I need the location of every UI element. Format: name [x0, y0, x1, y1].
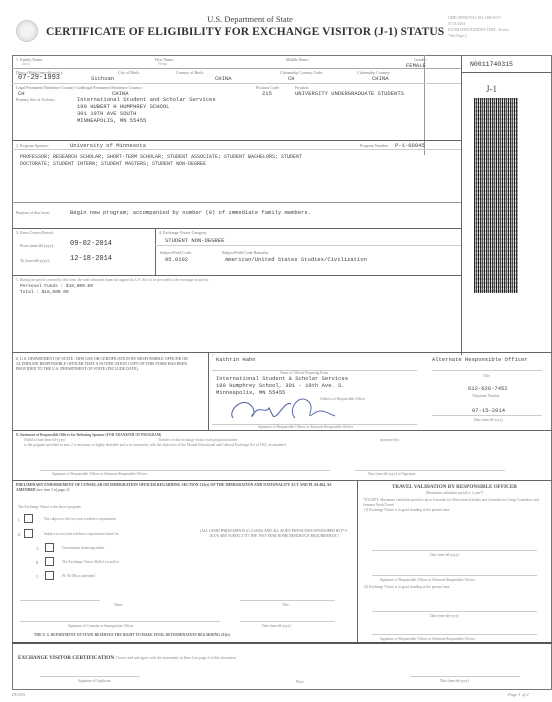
travel-item-2: (2) Exchange Visitor is in good standing…	[364, 585, 450, 589]
program-number-label: Program Number:	[360, 143, 389, 148]
department-name: U.S. Department of State	[0, 14, 500, 24]
consular-signature-label: Signature of Consular or Immigration Off…	[68, 624, 134, 628]
travel-date-1-label: Date (mm-dd-yyyy)	[430, 553, 459, 557]
checkbox-pl-94-484[interactable]	[45, 571, 54, 580]
phone-label: Telephone Number	[472, 394, 500, 398]
travel-date-2-label: Date (mm-dd-yyyy)	[430, 614, 459, 618]
field-remarks-value: American/United States Studies/Civilizat…	[225, 256, 367, 263]
endorsement-intro: The Exchange Visitor is the above progra…	[18, 505, 81, 509]
from-label: From (mm-dd-yyyy):	[20, 243, 54, 248]
certification-title: EXCHANGE VISITOR CERTIFICATION	[18, 655, 114, 661]
checkbox-government-financing[interactable]	[45, 543, 54, 552]
site-line: 301 19TH AVE SOUTH	[77, 110, 216, 117]
site-line: 190 HUBERT H HUMPHREY SCHOOL	[77, 103, 216, 110]
endorsement-title: PRELIMINARY ENDORSEMENT OF CONSULAR OR I…	[16, 483, 346, 493]
name-label: Name	[114, 603, 123, 607]
city-of-birth-label: City of Birth:	[118, 70, 140, 75]
visa-type: J-1	[486, 84, 497, 94]
sub-option-number: B.	[36, 561, 39, 565]
checkbox-not-subject[interactable]	[24, 514, 33, 523]
city-of-birth-value: Sichuan	[91, 75, 114, 82]
sub-option-number: A.	[36, 547, 40, 551]
skills-list-label: The Exchange Visitor Skills List and/or	[62, 560, 119, 564]
section8-date-label: Date (mm-dd-yyyy) of Signature	[368, 472, 415, 476]
from-date: 09-02-2014	[70, 240, 112, 248]
travel-validation-subtitle: (Maximum validation period is 1 year*)	[357, 491, 552, 495]
citizenship-country-value: CHINA	[372, 75, 389, 82]
official-title: Alternate Responsible Officer	[432, 356, 542, 363]
section8-title: 8. Statement of Responsible Officer for …	[16, 433, 161, 437]
form-title: CERTIFICATE OF ELIGIBILITY FOR EXCHANGE …	[46, 26, 444, 38]
sponsor-value: University of Minnesota	[70, 142, 146, 149]
official-name: Kathrin Hahn	[216, 356, 256, 363]
option-number: I.	[18, 518, 20, 522]
pl-94-484-label: PL 94-484 as amended	[62, 574, 95, 578]
government-financing-label: Government financing and/or	[62, 546, 105, 550]
lpr-code-value: CH	[18, 90, 25, 97]
usaid-note: (ALL USAID PARTICIPANTS (G-2-0026) AND A…	[200, 529, 348, 539]
position-code-value: 215	[262, 90, 272, 97]
family-name-value: Zhou	[22, 62, 30, 66]
position-value: UNIVERSITY UNDERGRADUATE STUDENTS	[295, 90, 404, 97]
travel-signature-2-label: Signature of Responsible Officer or Alte…	[380, 637, 475, 641]
applicant-signature-label: Signature of Applicant	[78, 679, 111, 683]
first-name-value: Wenqi	[158, 62, 167, 66]
sevis-id: N0011740315	[470, 61, 513, 68]
officer-signature	[225, 390, 345, 424]
site-line: MINNEAPOLIS, MN 55455	[77, 117, 216, 124]
financial-support-label: 5. During the period covered by this for…	[16, 278, 209, 282]
transfer-statement: to the program specified in item 2 is ne…	[24, 443, 286, 447]
place-label: Place	[296, 680, 304, 684]
primary-site-label: Primary Site of Activity:	[16, 97, 55, 102]
category-line: PROFESSOR; RESEARCH SCHOLAR; SHORT-TERM …	[20, 154, 302, 161]
purpose-label: Purpose of this form:	[16, 210, 50, 215]
section7-number: 7	[212, 354, 214, 358]
travel-signature-1-label: Signature of Responsible Officer or Alte…	[380, 578, 475, 582]
citizenship-code-value: CH	[288, 75, 295, 82]
travel-except-note: *EXCEPT: Maximum validation period is up…	[363, 498, 543, 508]
travel-validation-title: TRAVEL VALIDATION BY RESPONSIBLE OFFICER	[357, 484, 552, 490]
middle-name-label: Middle Name:	[286, 57, 309, 62]
to-label: To (mm-dd-yyyy):	[20, 258, 50, 263]
section6-text: 6. U.S. DEPARTMENT OF STATE / DHS USE OR…	[16, 356, 206, 371]
option-number: II.	[18, 533, 21, 537]
phone-number: 612-626-7452	[468, 385, 508, 392]
certification-text: : I have read and agree with the stateme…	[114, 656, 237, 660]
sub-option-number: C.	[36, 575, 39, 579]
checkbox-skills-list[interactable]	[45, 557, 54, 566]
signature-date-label: Date (mm-dd-yyyy)	[474, 418, 503, 422]
signature-date: 07-15-2014	[472, 407, 505, 414]
lpr-code-label: Legal Permanent Residence Country Code:	[16, 85, 85, 90]
program-number-value: P-1-00045	[395, 142, 425, 149]
page-number: Page 1 of 2	[508, 692, 529, 697]
signature-label: Signature of Responsible Officer or Alte…	[258, 425, 353, 429]
to-date: 12-18-2014	[70, 255, 112, 263]
consular-date-label: Date (mm-dd-yyyy)	[262, 624, 291, 628]
sponsor-label: 2. Program Sponsor:	[16, 143, 49, 148]
sponsored-by-label: sponsored by	[380, 438, 399, 442]
country-of-birth-label: Country of Birth:	[176, 70, 204, 75]
financial-support: Personal Funds : $18,000.00 Total : $18,…	[20, 284, 93, 296]
form-id: DS-2019	[12, 693, 25, 697]
dob-value: 07-29-1993	[18, 74, 60, 82]
category-label: 4. Exchange Visitor Category:	[159, 230, 207, 235]
category-value: STUDENT NON-DEGREE	[165, 237, 224, 244]
title-label: Title	[282, 603, 289, 607]
field-code-value: 05.0102	[165, 256, 188, 263]
address-line: International Student & Scholar Services	[216, 375, 348, 382]
see-page: *See Page 2	[448, 33, 508, 39]
field-remarks-label: Subject/Field Code Remarks:	[222, 250, 269, 255]
citizenship-code-label: Citizenship Country Code:	[280, 70, 323, 75]
period-label: 3. Form Covers Period:	[16, 230, 54, 235]
primary-site-address: International Student and Scholar Servic…	[77, 96, 216, 124]
category-line: DOCTORATE; STUDENT INTERN; STUDENT MASTE…	[20, 161, 302, 168]
option-subject-label: Subject to two-year residence requiremen…	[44, 532, 118, 536]
field-code-label: Subject/Field Code:	[160, 250, 192, 255]
omb-info: OMB APPROVAL NO.1405-0119 07/31/2014 EST…	[448, 15, 508, 39]
applicant-date-label: Date (mm-dd-yyyy)	[440, 679, 469, 683]
purpose-value: Begin new program; accompanied by number…	[70, 209, 311, 216]
site-line: International Student and Scholar Servic…	[77, 96, 216, 103]
option-not-subject-label: Not subject to the two-year residence re…	[44, 517, 116, 521]
address-line: 190 Humphrey School, 301 - 19th Ave. S.	[216, 382, 348, 389]
travel-item-1: (1) Exchange Visitor is in good standing…	[364, 508, 450, 512]
program-categories: PROFESSOR; RESEARCH SCHOLAR; SHORT-TERM …	[20, 154, 302, 168]
transfer-label: Transfer of this exchange visitor from p…	[158, 438, 237, 442]
title-label: Title	[483, 374, 490, 378]
valid-to-label: (Valid to date (mm-dd-yyyy)	[24, 438, 65, 442]
total-funds: Total : $18,000.00	[20, 290, 93, 296]
country-of-birth-value: CHINA	[215, 75, 232, 82]
reserve-statement: THE U. S. DEPARTMENT OF STATE RESERVES T…	[34, 633, 230, 637]
section8-signature-label: Signature of Responsible Officer or Alte…	[52, 472, 147, 476]
barcode	[474, 98, 518, 293]
certification-statement: EXCHANGE VISITOR CERTIFICATION: I have r…	[18, 646, 237, 664]
checkbox-subject[interactable]	[24, 529, 33, 538]
endorsement-title-note: (see item 3 of page 2)	[37, 488, 70, 492]
